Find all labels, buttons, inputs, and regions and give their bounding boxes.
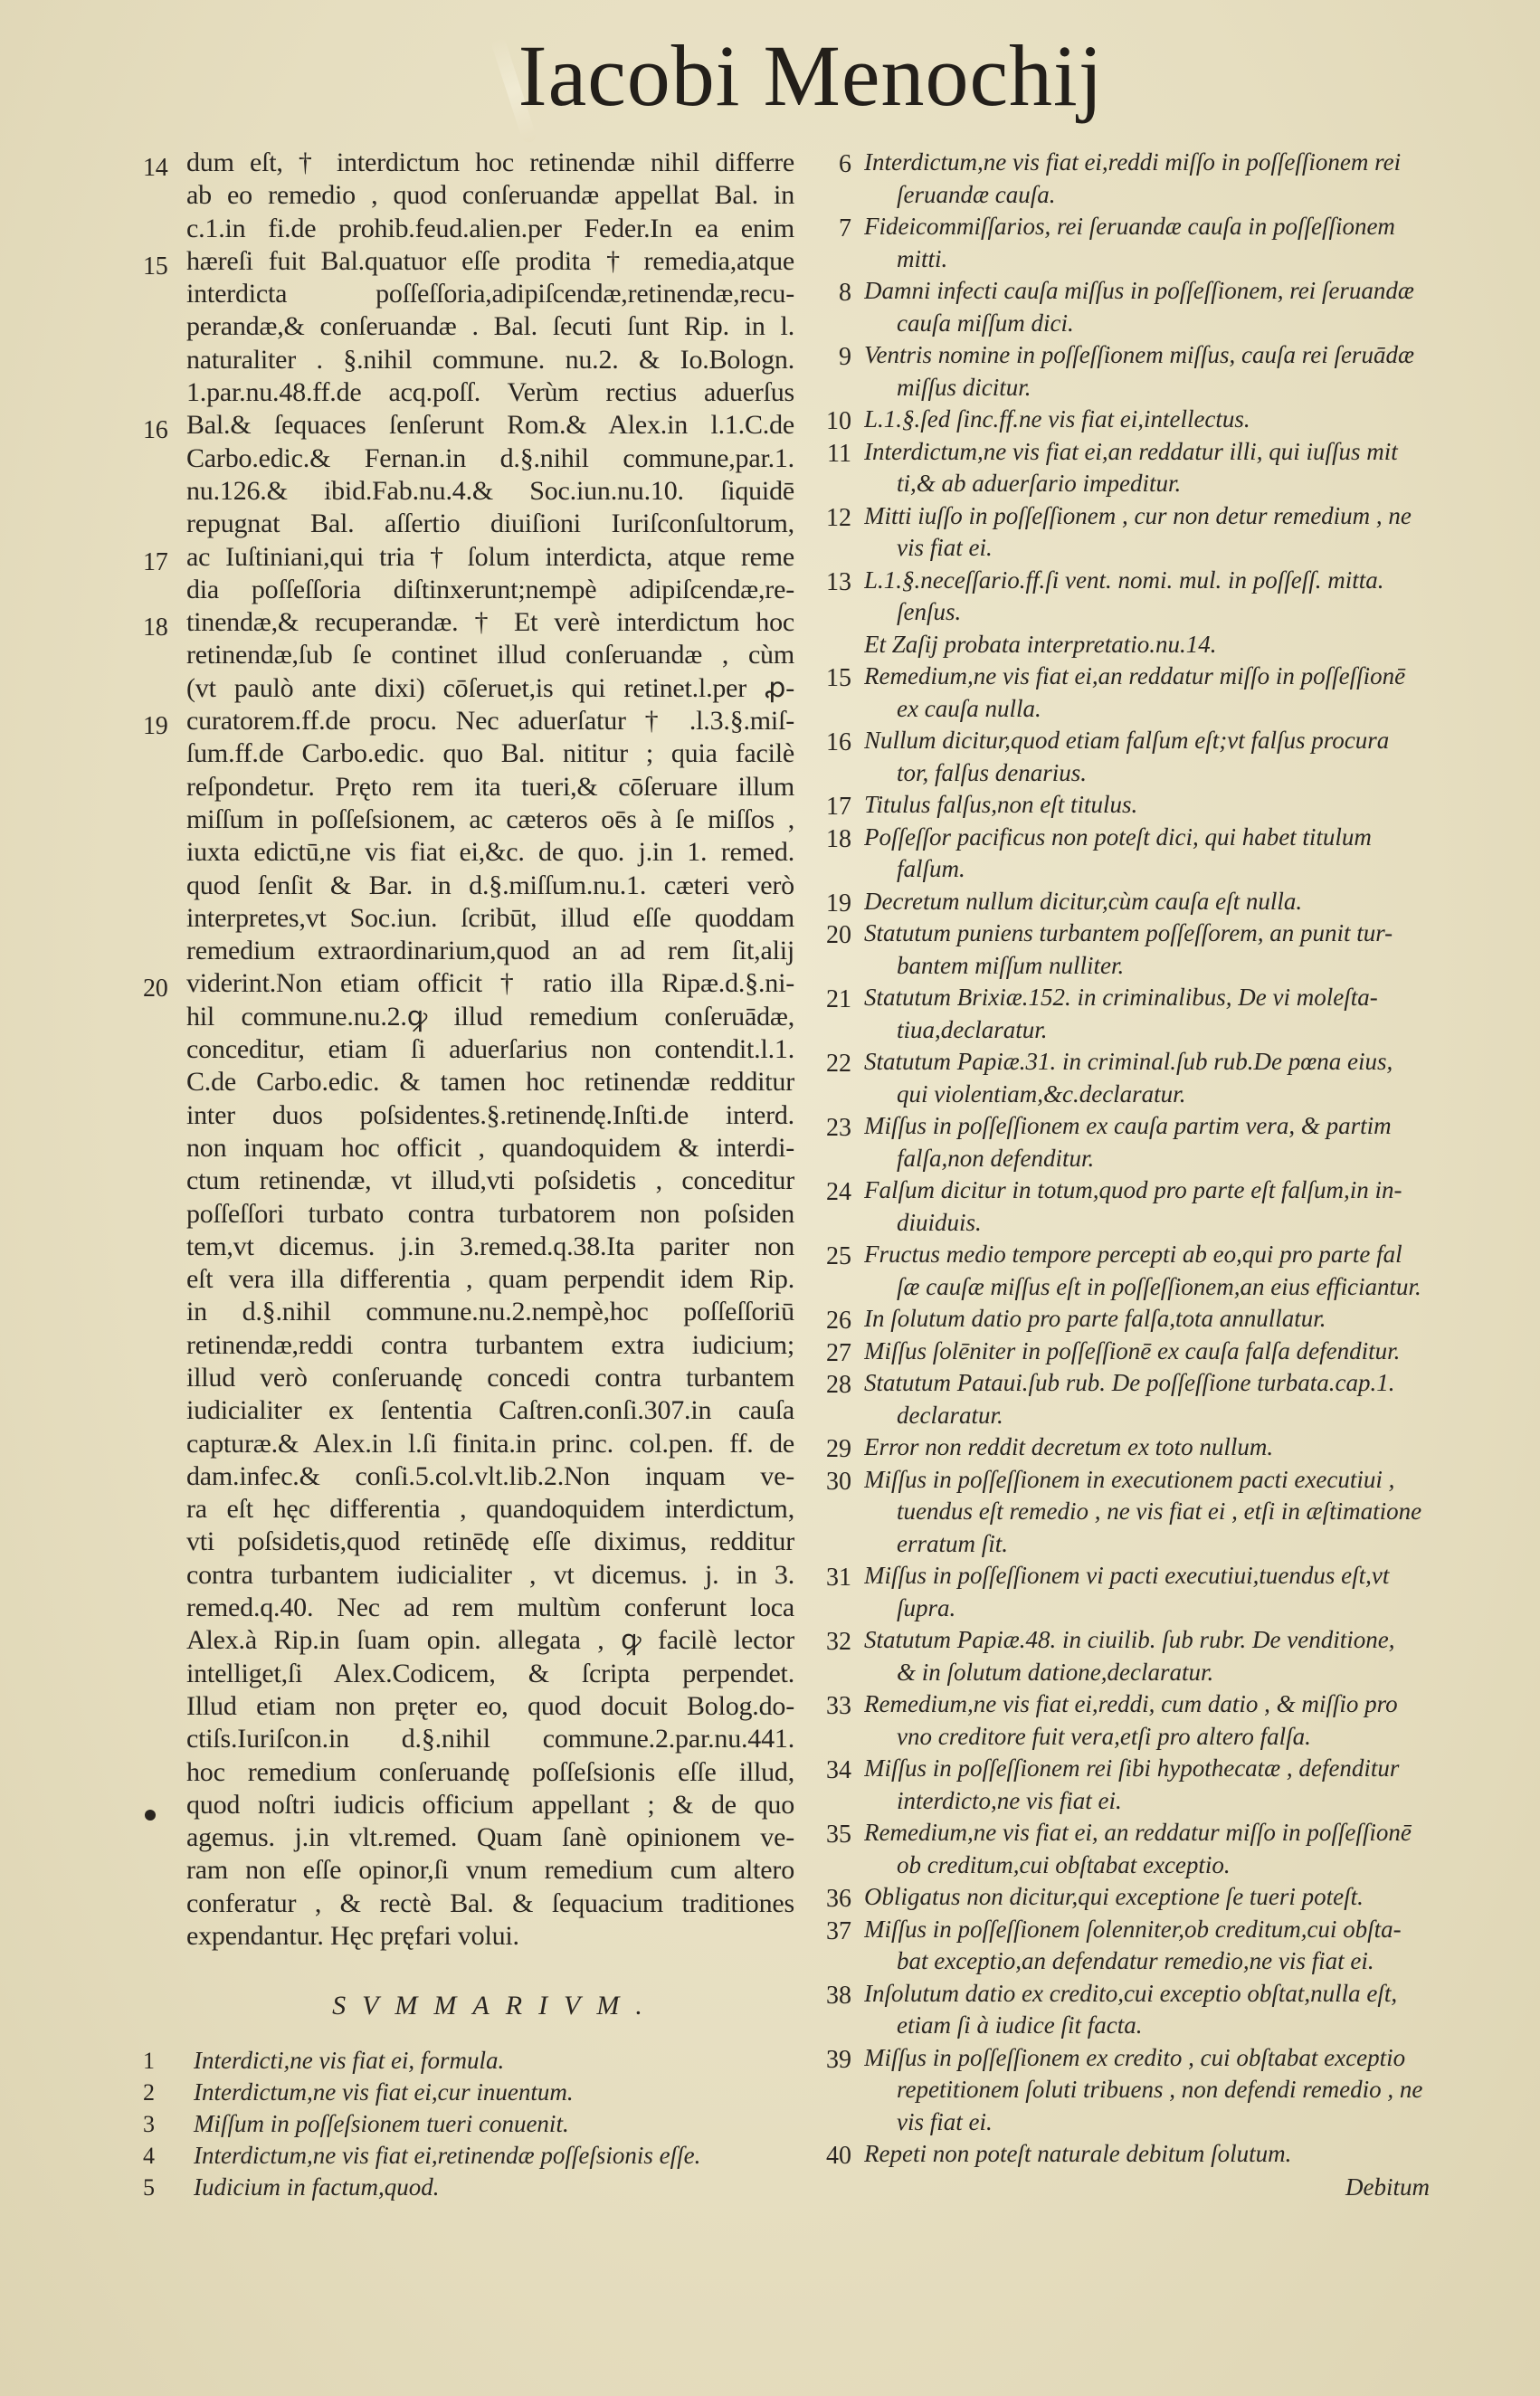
line-text: ac Iuſtiniani,qui tria † ſolum interdict… bbox=[186, 541, 794, 574]
running-header-title: Iacobi Menochij bbox=[0, 25, 1540, 126]
line-text: agemus. j.in vlt.remed. Quam ſanè opinio… bbox=[186, 1821, 794, 1854]
entry-text-line: Interdictum,ne vis fiat ei,reddi miſſo i… bbox=[864, 147, 1477, 179]
line-text: 1.par.nu.48.ff.de acq.poſſ. Verùm rectiu… bbox=[186, 376, 794, 409]
text-line: conceditur, etiam ſi aduerſarius non con… bbox=[127, 1033, 810, 1066]
text-line: (vt paulò ante dixi) cōſeruet,is qui ret… bbox=[127, 672, 810, 705]
line-text: vti poſsidetis,quod retinēdę eſſe diximu… bbox=[186, 1526, 794, 1558]
entry-text-line: repetitionem ſoluti tribuens , non defen… bbox=[864, 2074, 1477, 2106]
line-text: tinendæ,& recuperandæ. † Et verè interdi… bbox=[186, 606, 794, 639]
entry-number: 29 bbox=[810, 1433, 851, 1466]
line-text: iuxta edictū,ne vis fiat ei,&c. de quo. … bbox=[186, 836, 794, 869]
text-line: hoc remedium conſeruandę poſſeſsionis eſ… bbox=[127, 1756, 810, 1789]
text-line: ra eſt hęc differentia , quandoquidem in… bbox=[127, 1493, 810, 1526]
entry-number: 17 bbox=[810, 791, 851, 823]
text-line: c.1.in fi.de prohib.feud.alien.per Feder… bbox=[127, 213, 810, 245]
text-line: interpretes,vt Soc.iun. ſcribūt, illud e… bbox=[127, 902, 810, 935]
line-text: capturæ.& Alex.in l.ſi finita.in princ. … bbox=[186, 1428, 794, 1460]
line-text: ram non eſſe opinor,ſi vnum remedium cum… bbox=[186, 1854, 794, 1887]
entry-text-line: ob creditum,cui obſtabat exceptio. bbox=[864, 1849, 1477, 1882]
text-line: perandæ,& conſeruandæ . Bal. ſecuti ſunt… bbox=[127, 310, 810, 343]
line-text: Alex.à Rip.in ſuam opin. allegata , ꝙ fa… bbox=[186, 1624, 794, 1657]
summary-entry: Et Zaſij probata interpretatio.nu.14. bbox=[810, 629, 1484, 661]
text-line: reſpondetur. Pręto rem ita tueri,& cōſer… bbox=[127, 771, 810, 803]
summary-entry: 11Interdictum,ne vis fiat ei,an reddatur… bbox=[810, 436, 1484, 500]
entry-text-line: L.1.§.neceſſario.ff.ſi vent. nomi. mul. … bbox=[864, 565, 1477, 597]
entry-number: 28 bbox=[810, 1369, 851, 1402]
entry-number: 3 bbox=[143, 2108, 155, 2140]
entry-text-line: Nullum dicitur,quod etiam falſum eſt;vt … bbox=[864, 725, 1477, 757]
entry-number: 30 bbox=[810, 1466, 851, 1498]
entry-text-line: falſum. bbox=[864, 853, 1477, 886]
line-text: conferatur , & rectè Bal. & ſequacium tr… bbox=[186, 1887, 794, 1920]
text-line: Carbo.edic.& Fernan.in d.§.nihil commune… bbox=[127, 442, 810, 475]
text-line: 17ac Iuſtiniani,qui tria † ſolum interdi… bbox=[127, 541, 810, 574]
entry-text-line: diuiduis. bbox=[864, 1207, 1477, 1240]
entry-number: 24 bbox=[810, 1176, 851, 1209]
entry-number: 18 bbox=[810, 823, 851, 856]
entry-number: 20 bbox=[810, 919, 851, 952]
text-line: miſſum in poſſeſsionem, ac cæteros oēs à… bbox=[127, 803, 810, 836]
summary-entry: 1Interdicti,ne vis fiat ei, formula. bbox=[127, 2045, 810, 2077]
text-line: interdicta poſſeſſoria,adipiſcendæ,retin… bbox=[127, 278, 810, 310]
text-line: 20viderint.Non etiam officit † ratio ill… bbox=[127, 967, 810, 1000]
text-line: 15hæreſi fuit Bal.quatuor eſſe prodita †… bbox=[127, 245, 810, 278]
entry-text-line: Error non reddit decretum ex toto nullum… bbox=[864, 1431, 1477, 1464]
summary-entry: 3Miſſum in poſſeſsionem tueri conuenit. bbox=[127, 2108, 810, 2140]
summary-entry: 36Obligatus non dicitur,qui exceptione ſ… bbox=[810, 1881, 1484, 1914]
entry-text-line: Et Zaſij probata interpretatio.nu.14. bbox=[864, 629, 1477, 661]
line-text: inter duos poſsidentes.§.retinendę.Inſti… bbox=[186, 1099, 794, 1132]
text-line: 1.par.nu.48.ff.de acq.poſſ. Verùm rectiu… bbox=[127, 376, 810, 409]
text-line: 14dum eſt, † interdictum hoc retinendæ n… bbox=[127, 147, 810, 179]
summary-entry: 37Miſſus in poſſeſſionem ſolenniter,ob c… bbox=[810, 1914, 1484, 1978]
entry-text-line: Titulus falſus,non eſt titulus. bbox=[864, 789, 1477, 822]
entry-text-line: Repeti non poteſt naturale debitum ſolut… bbox=[864, 2138, 1477, 2171]
text-line: poſſeſſori turbato contra turbatorem non… bbox=[127, 1198, 810, 1231]
entry-text-line: Miſſus in poſſeſſionem in executionem pa… bbox=[864, 1464, 1477, 1497]
summary-entry: 4Interdictum,ne vis fiat ei,retinendæ po… bbox=[127, 2140, 810, 2172]
entry-number: 11 bbox=[810, 438, 851, 471]
entry-text-line: bantem miſſum nulliter. bbox=[864, 950, 1477, 983]
text-line: iudicialiter ex ſententia Caſtren.conſi.… bbox=[127, 1394, 810, 1427]
line-text: ra eſt hęc differentia , quandoquidem in… bbox=[186, 1493, 794, 1526]
line-text: hæreſi fuit Bal.quatuor eſſe prodita † r… bbox=[186, 245, 794, 278]
entry-text-line: Miſſus in poſſeſſionem ex cauſa partim v… bbox=[864, 1110, 1477, 1143]
entry-text-line: Decretum nullum dicitur,cùm cauſa eſt nu… bbox=[864, 886, 1477, 918]
line-text: ctiſs.Iuriſcon.in d.§.nihil commune.2.pa… bbox=[186, 1723, 794, 1755]
line-text: eſt vera illa differentia , quam perpend… bbox=[186, 1263, 794, 1296]
entry-text-line: ex cauſa nulla. bbox=[864, 693, 1477, 726]
text-line: expendantur. Hęc pręfari volui. bbox=[127, 1920, 810, 1953]
text-line: repugnat Bal. aſſertio diuiſioni Iuriſco… bbox=[127, 508, 810, 540]
entry-text-line: tor, falſus denarius. bbox=[864, 757, 1477, 790]
line-text: Carbo.edic.& Fernan.in d.§.nihil commune… bbox=[186, 442, 794, 475]
line-text: tem,vt dicemus. j.in 3.remed.q.38.Ita pa… bbox=[186, 1231, 794, 1263]
text-line: ram non eſſe opinor,ſi vnum remedium cum… bbox=[127, 1854, 810, 1887]
text-line: contra turbantem iudicialiter , vt dicem… bbox=[127, 1559, 810, 1592]
entry-text-line: Inſolutum datio ex credito,cui exceptio … bbox=[864, 1978, 1477, 2011]
entry-number: 33 bbox=[810, 1690, 851, 1723]
summary-entry: 25Fructus medio tempore percepti ab eo,q… bbox=[810, 1239, 1484, 1303]
text-line: tem,vt dicemus. j.in 3.remed.q.38.Ita pa… bbox=[127, 1231, 810, 1263]
entry-text-line: qui violentiam,&c.declaratur. bbox=[864, 1079, 1477, 1111]
line-text: nu.126.& ibid.Fab.nu.4.& Soc.iun.nu.10. … bbox=[186, 475, 794, 508]
summary-entry: 31Miſſus in poſſeſſionem vi pacti execut… bbox=[810, 1560, 1484, 1624]
summary-entry: 28Statutum Pataui.ſub rub. De poſſeſſion… bbox=[810, 1367, 1484, 1431]
summary-entry: 15Remedium,ne vis fiat ei,an reddatur mi… bbox=[810, 661, 1484, 725]
entry-text-line: Poſſeſſor pacificus non poteſt dici, qui… bbox=[864, 822, 1477, 854]
text-line: in d.§.nihil commune.nu.2.nempè,hoc poſſ… bbox=[127, 1296, 810, 1328]
summary-entry: 29Error non reddit decretum ex toto null… bbox=[810, 1431, 1484, 1464]
entry-number: 1 bbox=[143, 2045, 155, 2077]
catchword: Debitum bbox=[810, 2171, 1484, 2203]
text-line: Illud etiam non pręter eo, quod docuit B… bbox=[127, 1690, 810, 1723]
entry-number: 27 bbox=[810, 1337, 851, 1370]
entry-number: 16 bbox=[810, 727, 851, 759]
summary-entry: 8Damni infecti cauſa miſſus in poſſeſſio… bbox=[810, 275, 1484, 339]
entry-text-line: Remedium,ne vis fiat ei,reddi, cum datio… bbox=[864, 1688, 1477, 1721]
line-text: poſſeſſori turbato contra turbatorem non… bbox=[186, 1198, 794, 1231]
line-text: naturaliter . §.nihil commune. nu.2. & I… bbox=[186, 344, 794, 376]
summary-entry: 6Interdictum,ne vis fiat ei,reddi miſſo … bbox=[810, 147, 1484, 211]
summary-entry: 13L.1.§.neceſſario.ff.ſi vent. nomi. mul… bbox=[810, 565, 1484, 629]
entry-number: 26 bbox=[810, 1305, 851, 1337]
entry-number: 22 bbox=[810, 1048, 851, 1080]
entry-number: 2 bbox=[143, 2077, 155, 2108]
line-text: remed.q.40. Nec ad rem multùm conferunt … bbox=[186, 1592, 794, 1624]
line-text: dum eſt, † interdictum hoc retinendæ nih… bbox=[186, 147, 794, 179]
summary-entry: 20Statutum puniens turbantem poſſeſſorem… bbox=[810, 918, 1484, 982]
entry-text-line: vis fiat ei. bbox=[864, 2106, 1477, 2139]
line-text: ſum.ff.de Carbo.edic. quo Bal. nititur ;… bbox=[186, 737, 794, 770]
text-line: ab eo remedio , quod conſeruandæ appella… bbox=[127, 179, 810, 212]
entry-text-line: In ſolutum datio pro parte falſa,tota an… bbox=[864, 1303, 1477, 1336]
line-text: expendantur. Hęc pręfari volui. bbox=[186, 1920, 794, 1953]
summary-entry: 21Statutum Brixiæ.152. in criminalibus, … bbox=[810, 982, 1484, 1046]
entry-number: 34 bbox=[810, 1754, 851, 1787]
line-text: (vt paulò ante dixi) cōſeruet,is qui ret… bbox=[186, 672, 794, 705]
line-text: reſpondetur. Pręto rem ita tueri,& cōſer… bbox=[186, 771, 794, 803]
entry-text-line: Miſſus ſolēniter in poſſeſſionē ex cauſa… bbox=[864, 1336, 1477, 1368]
line-text: hoc remedium conſeruandę poſſeſsionis eſ… bbox=[186, 1756, 794, 1789]
entry-text-line: Statutum puniens turbantem poſſeſſorem, … bbox=[864, 918, 1477, 950]
summary-entry: 12Mitti iuſſo in poſſeſſionem , cur non … bbox=[810, 500, 1484, 565]
entry-text-line: Miſſus in poſſeſſionem vi pacti executiu… bbox=[864, 1560, 1477, 1593]
entry-number: 7 bbox=[810, 213, 851, 245]
summary-entry: 34Miſſus in poſſeſſionem rei ſibi hypoth… bbox=[810, 1753, 1484, 1817]
summary-entry: 16Nullum dicitur,quod etiam falſum eſt;v… bbox=[810, 725, 1484, 789]
text-line: conferatur , & rectè Bal. & ſequacium tr… bbox=[127, 1887, 810, 1920]
summary-entry: 9Ventris nomine in poſſeſſionem miſſus, … bbox=[810, 339, 1484, 404]
line-text: c.1.in fi.de prohib.feud.alien.per Feder… bbox=[186, 213, 794, 245]
line-text: curatorem.ff.de procu. Nec aduerſatur † … bbox=[186, 705, 794, 737]
entry-text: Interdicti,ne vis fiat ei, formula. bbox=[194, 2047, 504, 2074]
entry-text-line: declaratur. bbox=[864, 1400, 1477, 1432]
summary-entry: 33Remedium,ne vis fiat ei,reddi, cum dat… bbox=[810, 1688, 1484, 1753]
text-line: C.de Carbo.edic. & tamen hoc retinendæ r… bbox=[127, 1066, 810, 1098]
summary-entry: 22Statutum Papiæ.31. in criminal.ſub rub… bbox=[810, 1046, 1484, 1110]
line-text: retinendæ,ſub ſe continet illud conſerua… bbox=[186, 639, 794, 671]
entry-number: 39 bbox=[810, 2044, 851, 2077]
text-line: quod noſtri iudicis officium appellant ;… bbox=[127, 1789, 810, 1821]
entry-text-line: cauſa miſſum dici. bbox=[864, 308, 1477, 340]
line-text: ctum retinendæ, vt illud,vti poſsidetis … bbox=[186, 1165, 794, 1197]
summary-entry: 10L.1.§.ſed ſinc.ff.ne vis fiat ei,intel… bbox=[810, 404, 1484, 436]
entry-number: 19 bbox=[810, 888, 851, 920]
summary-entry: 19Decretum nullum dicitur,cùm cauſa eſt … bbox=[810, 886, 1484, 918]
summary-entry: 2Interdictum,ne vis fiat ei,cur inuentum… bbox=[127, 2077, 810, 2108]
line-text: repugnat Bal. aſſertio diuiſioni Iuriſco… bbox=[186, 508, 794, 540]
summary-entry: 7Fideicommiſſarios, rei ſeruandæ cauſa i… bbox=[810, 211, 1484, 275]
text-line: 18tinendæ,& recuperandæ. † Et verè inter… bbox=[127, 606, 810, 639]
summary-entry: 39Miſſus in poſſeſſionem ex credito , cu… bbox=[810, 2042, 1484, 2139]
entry-text-line: tuendus eſt remedio , ne vis fiat ei , e… bbox=[864, 1496, 1477, 1528]
summary-entry: 26In ſolutum datio pro parte falſa,tota … bbox=[810, 1303, 1484, 1336]
summary-entry: 32Statutum Papiæ.48. in ciuilib. ſub rub… bbox=[810, 1624, 1484, 1688]
entry-number: 36 bbox=[810, 1883, 851, 1916]
entry-number: 5 bbox=[143, 2172, 155, 2203]
entry-number: 13 bbox=[810, 566, 851, 599]
entry-text-line: etiam ſi à iudice ſit facta. bbox=[864, 2010, 1477, 2042]
main-text-column: 14dum eſt, † interdictum hoc retinendæ n… bbox=[127, 147, 810, 2203]
line-text: hil commune.nu.2.ꝙ illud remedium conſer… bbox=[186, 1001, 794, 1033]
text-line: 16Bal.& ſequaces ſenſerunt Rom.& Alex.in… bbox=[127, 409, 810, 442]
text-line: hil commune.nu.2.ꝙ illud remedium conſer… bbox=[127, 1001, 810, 1033]
line-text: interdicta poſſeſſoria,adipiſcendæ,retin… bbox=[186, 278, 794, 310]
summary-entry: 38Inſolutum datio ex credito,cui excepti… bbox=[810, 1978, 1484, 2042]
line-text: miſſum in poſſeſsionem, ac cæteros oēs à… bbox=[186, 803, 794, 836]
entry-text-line: Miſſus in poſſeſſionem rei ſibi hypothec… bbox=[864, 1753, 1477, 1785]
text-line: dam.infec.& conſi.5.col.vlt.lib.2.Non in… bbox=[127, 1460, 810, 1493]
line-text: interpretes,vt Soc.iun. ſcribūt, illud e… bbox=[186, 902, 794, 935]
text-line: retinendæ,ſub ſe continet illud conſerua… bbox=[127, 639, 810, 671]
entry-text-line: ſeruandæ cauſa. bbox=[864, 179, 1477, 212]
line-text: perandæ,& conſeruandæ . Bal. ſecuti ſunt… bbox=[186, 310, 794, 343]
entry-number: 38 bbox=[810, 1980, 851, 2012]
entry-number: 4 bbox=[143, 2140, 155, 2172]
entry-text-line: Fideicommiſſarios, rei ſeruandæ cauſa in… bbox=[864, 211, 1477, 243]
summary-index-column: 6Interdictum,ne vis fiat ei,reddi miſſo … bbox=[810, 147, 1484, 2203]
summary-entry: 23Miſſus in poſſeſſionem ex cauſa partim… bbox=[810, 1110, 1484, 1174]
text-line: capturæ.& Alex.in l.ſi finita.in princ. … bbox=[127, 1428, 810, 1460]
entry-text-line: Fructus medio tempore percepti ab eo,qui… bbox=[864, 1239, 1477, 1271]
text-line: 19curatorem.ff.de procu. Nec aduerſatur … bbox=[127, 705, 810, 737]
line-text: ab eo remedio , quod conſeruandæ appella… bbox=[186, 179, 794, 212]
entry-text: Interdictum,ne vis fiat ei,retinendæ poſ… bbox=[194, 2142, 700, 2169]
entry-text: Interdictum,ne vis fiat ei,cur inuentum. bbox=[194, 2078, 574, 2106]
entry-number: 9 bbox=[810, 341, 851, 374]
entry-text-line: mitti. bbox=[864, 243, 1477, 276]
entry-text-line: Remedium,ne vis fiat ei, an reddatur miſ… bbox=[864, 1817, 1477, 1849]
line-text: intelliget,ſi Alex.Codicem, & ſcripta pe… bbox=[186, 1658, 794, 1690]
line-text: contra turbantem iudicialiter , vt dicem… bbox=[186, 1559, 794, 1592]
line-text: Bal.& ſequaces ſenſerunt Rom.& Alex.in l… bbox=[186, 409, 794, 442]
entry-number: 37 bbox=[810, 1916, 851, 1948]
entry-text-line: Interdictum,ne vis fiat ei,an reddatur i… bbox=[864, 436, 1477, 469]
entry-text-line: vis fiat ei. bbox=[864, 532, 1477, 565]
line-text: retinendæ,reddi contra turbantem extra i… bbox=[186, 1329, 794, 1362]
entry-text-line: ſupra. bbox=[864, 1593, 1477, 1625]
entry-text-line: & in ſolutum datione,declaratur. bbox=[864, 1657, 1477, 1689]
text-line: ctum retinendæ, vt illud,vti poſsidetis … bbox=[127, 1165, 810, 1197]
text-line: inter duos poſsidentes.§.retinendę.Inſti… bbox=[127, 1099, 810, 1132]
entry-text-line: Statutum Papiæ.48. in ciuilib. ſub rubr.… bbox=[864, 1624, 1477, 1657]
entry-text-line: Mitti iuſſo in poſſeſſionem , cur non de… bbox=[864, 500, 1477, 533]
text-line: iuxta edictū,ne vis fiat ei,&c. de quo. … bbox=[127, 836, 810, 869]
line-text: in d.§.nihil commune.nu.2.nempè,hoc poſſ… bbox=[186, 1296, 794, 1328]
entry-number: 15 bbox=[810, 662, 851, 695]
entry-number: 21 bbox=[810, 984, 851, 1016]
line-text: viderint.Non etiam officit † ratio illa … bbox=[186, 967, 794, 1000]
ink-dot-mark bbox=[145, 1810, 156, 1821]
line-text: Illud etiam non pręter eo, quod docuit B… bbox=[186, 1690, 794, 1723]
entry-number: 8 bbox=[810, 277, 851, 309]
summary-entry: 5Iudicium in factum,quod. bbox=[127, 2172, 810, 2203]
entry-text-line: ſenſus. bbox=[864, 596, 1477, 629]
entry-text: Miſſum in poſſeſsionem tueri conuenit. bbox=[194, 2110, 569, 2137]
line-text: C.de Carbo.edic. & tamen hoc retinendæ r… bbox=[186, 1066, 794, 1098]
entry-number: 23 bbox=[810, 1112, 851, 1145]
line-text: illud verò conſeruandę concedi contra tu… bbox=[186, 1362, 794, 1394]
entry-number: 35 bbox=[810, 1819, 851, 1851]
entry-number: 12 bbox=[810, 502, 851, 535]
entry-text-line: Ventris nomine in poſſeſſionem miſſus, c… bbox=[864, 339, 1477, 372]
entry-text-line: L.1.§.ſed ſinc.ff.ne vis fiat ei,intelle… bbox=[864, 404, 1477, 436]
entry-text-line: vno creditore fuit vera,etſi pro altero … bbox=[864, 1721, 1477, 1754]
entry-text-line: erratum ſit. bbox=[864, 1528, 1477, 1561]
summary-entry: 17Titulus falſus,non eſt titulus. bbox=[810, 789, 1484, 822]
entry-number: 31 bbox=[810, 1562, 851, 1594]
summarium-heading: SVMMARIVM. bbox=[127, 1991, 810, 2021]
line-text: conceditur, etiam ſi aduerſarius non con… bbox=[186, 1033, 794, 1066]
summary-entry: 24Falſum dicitur in totum,quod pro parte… bbox=[810, 1174, 1484, 1239]
entry-text-line: Obligatus non dicitur,qui exceptione ſe … bbox=[864, 1881, 1477, 1914]
line-text: remedium extraordinarium,quod an ad rem … bbox=[186, 935, 794, 967]
text-line: naturaliter . §.nihil commune. nu.2. & I… bbox=[127, 344, 810, 376]
entry-number: 6 bbox=[810, 148, 851, 181]
text-line: dia poſſeſſoria diſtinxerunt;nempè adipi… bbox=[127, 574, 810, 606]
entry-text-line: Statutum Pataui.ſub rub. De poſſeſſione … bbox=[864, 1367, 1477, 1400]
entry-text-line: tiua,declaratur. bbox=[864, 1014, 1477, 1047]
text-line: intelliget,ſi Alex.Codicem, & ſcripta pe… bbox=[127, 1658, 810, 1690]
entry-text-line: Remedium,ne vis fiat ei,an reddatur miſſ… bbox=[864, 661, 1477, 693]
entry-text-line: Damni infecti cauſa miſſus in poſſeſſion… bbox=[864, 275, 1477, 308]
line-text: quod noſtri iudicis officium appellant ;… bbox=[186, 1789, 794, 1821]
summary-entry: 27Miſſus ſolēniter in poſſeſſionē ex cau… bbox=[810, 1336, 1484, 1368]
text-line: ſum.ff.de Carbo.edic. quo Bal. nititur ;… bbox=[127, 737, 810, 770]
entry-number: 32 bbox=[810, 1626, 851, 1659]
entry-number: 10 bbox=[810, 405, 851, 438]
text-line: illud verò conſeruandę concedi contra tu… bbox=[127, 1362, 810, 1394]
entry-text-line: ti,& ab aduerſario impeditur. bbox=[864, 468, 1477, 500]
line-text: quod ſenſit & Bar. in d.§.miſſum.nu.1. c… bbox=[186, 870, 794, 902]
summary-entry: 18Poſſeſſor pacificus non poteſt dici, q… bbox=[810, 822, 1484, 886]
line-text: non inquam hoc officit , quandoquidem & … bbox=[186, 1132, 794, 1165]
text-line: retinendæ,reddi contra turbantem extra i… bbox=[127, 1329, 810, 1362]
text-line: remed.q.40. Nec ad rem multùm conferunt … bbox=[127, 1592, 810, 1624]
entry-number: 40 bbox=[810, 2140, 851, 2173]
entry-text-line: bat exceptio,an defendatur remedio,ne vi… bbox=[864, 1945, 1477, 1978]
text-line: nu.126.& ibid.Fab.nu.4.& Soc.iun.nu.10. … bbox=[127, 475, 810, 508]
entry-text-line: Miſſus in poſſeſſionem ex credito , cui … bbox=[864, 2042, 1477, 2075]
entry-text-line: Statutum Papiæ.31. in criminal.ſub rub.D… bbox=[864, 1046, 1477, 1079]
line-text: dia poſſeſſoria diſtinxerunt;nempè adipi… bbox=[186, 574, 794, 606]
entry-text-line: falſa,non defenditur. bbox=[864, 1143, 1477, 1175]
entry-text-line: interdicto,ne vis fiat ei. bbox=[864, 1785, 1477, 1818]
summary-entry: 30Miſſus in poſſeſſionem in executionem … bbox=[810, 1464, 1484, 1561]
text-line: non inquam hoc officit , quandoquidem & … bbox=[127, 1132, 810, 1165]
entry-text-line: Statutum Brixiæ.152. in criminalibus, De… bbox=[864, 982, 1477, 1014]
text-line: agemus. j.in vlt.remed. Quam ſanè opinio… bbox=[127, 1821, 810, 1854]
summary-entry: 40Repeti non poteſt naturale debitum ſol… bbox=[810, 2138, 1484, 2171]
text-line: remedium extraordinarium,quod an ad rem … bbox=[127, 935, 810, 967]
entry-text-line: miſſus dicitur. bbox=[864, 372, 1477, 404]
text-line: quod ſenſit & Bar. in d.§.miſſum.nu.1. c… bbox=[127, 870, 810, 902]
line-text: dam.infec.& conſi.5.col.vlt.lib.2.Non in… bbox=[186, 1460, 794, 1493]
text-line: vti poſsidetis,quod retinēdę eſſe diximu… bbox=[127, 1526, 810, 1558]
entry-text-line: ſæ cauſæ miſſus eſt in poſſeſſionem,an e… bbox=[864, 1271, 1477, 1304]
text-line: ctiſs.Iuriſcon.in d.§.nihil commune.2.pa… bbox=[127, 1723, 810, 1755]
text-line: Alex.à Rip.in ſuam opin. allegata , ꝙ fa… bbox=[127, 1624, 810, 1657]
entry-text-line: Falſum dicitur in totum,quod pro parte e… bbox=[864, 1174, 1477, 1207]
entry-text-line: Miſſus in poſſeſſionem ſolenniter,ob cre… bbox=[864, 1914, 1477, 1946]
line-text: iudicialiter ex ſententia Caſtren.conſi.… bbox=[186, 1394, 794, 1427]
entry-number: 25 bbox=[810, 1241, 851, 1273]
summary-entry: 35Remedium,ne vis fiat ei, an reddatur m… bbox=[810, 1817, 1484, 1881]
text-line: eſt vera illa differentia , quam perpend… bbox=[127, 1263, 810, 1296]
entry-text: Iudicium in factum,quod. bbox=[194, 2173, 439, 2201]
